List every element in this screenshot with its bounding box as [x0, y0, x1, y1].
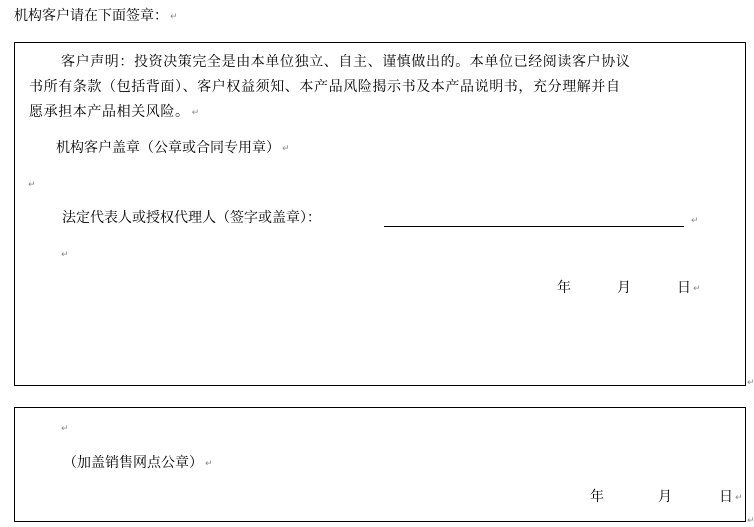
page-heading: 机构客户请在下面签章：↵ — [14, 8, 178, 25]
paragraph-mark: ↵ — [691, 216, 699, 226]
declaration-text: 客户声明：投资决策完全是由本单位独立、自主、谨慎做出的。本单位已经阅读客户协议 — [61, 54, 630, 70]
year-label: 年 — [557, 280, 571, 296]
paragraph-mark: ↵ — [192, 108, 200, 118]
signature-label-text: 法定代表人或授权代理人（签字或盖章）： — [62, 210, 321, 226]
paragraph-mark: ↵ — [735, 493, 743, 503]
declaration-line-2: 书所有条款（包括背面）、客户权益须知、本产品风险揭示书及本产品说明书，充分理解并… — [29, 79, 621, 95]
empty-paragraph: ↵ — [26, 176, 36, 193]
day-label: 日 — [677, 280, 691, 296]
month-label: 月 — [658, 489, 672, 505]
paragraph-mark: ↵ — [170, 12, 178, 22]
heading-text: 机构客户请在下面签章： — [14, 8, 168, 24]
paragraph-mark: ↵ — [747, 378, 754, 388]
signature-line[interactable] — [384, 226, 684, 227]
declaration-line-3: 愿承担本产品相关风险。↵ — [29, 104, 200, 121]
paragraph-mark: ↵ — [28, 180, 36, 190]
empty-paragraph: ↵ — [59, 420, 69, 437]
outlet-seal-text: （加盖销售网点公章） — [63, 455, 203, 471]
date-month: 月 — [658, 489, 672, 505]
box1-end-mark: ↵ — [745, 374, 754, 391]
declaration-line-1: 客户声明：投资决策完全是由本单位独立、自主、谨慎做出的。本单位已经阅读客户协议 — [61, 54, 630, 70]
paragraph-mark: ↵ — [61, 424, 69, 434]
paragraph-mark: ↵ — [282, 144, 290, 154]
month-label: 月 — [617, 280, 631, 296]
declaration-text: 书所有条款（包括背面）、客户权益须知、本产品风险揭示书及本产品说明书，充分理解并… — [29, 79, 621, 95]
declaration-text: 愿承担本产品相关风险。 — [29, 104, 190, 120]
date-day: 日↵ — [719, 489, 743, 506]
outlet-seal-label: （加盖销售网点公章）↵ — [63, 455, 213, 472]
signature-paragraph-mark: ↵ — [689, 212, 699, 229]
date-year: 年 — [557, 280, 571, 296]
paragraph-mark: ↵ — [61, 250, 69, 260]
day-label: 日 — [719, 489, 733, 505]
signature-label: 法定代表人或授权代理人（签字或盖章）： — [62, 210, 321, 226]
box2-end-mark: ↵ — [745, 512, 754, 527]
paragraph-mark: ↵ — [747, 516, 754, 526]
paragraph-mark: ↵ — [693, 284, 701, 294]
empty-paragraph: ↵ — [59, 246, 69, 263]
year-label: 年 — [590, 489, 604, 505]
seal-label-text: 机构客户盖章（公章或合同专用章） — [56, 140, 280, 156]
date-day: 日↵ — [677, 280, 701, 297]
paragraph-mark: ↵ — [205, 459, 213, 469]
date-year: 年 — [590, 489, 604, 505]
institution-seal-label: 机构客户盖章（公章或合同专用章）↵ — [56, 140, 290, 157]
date-month: 月 — [617, 280, 631, 296]
